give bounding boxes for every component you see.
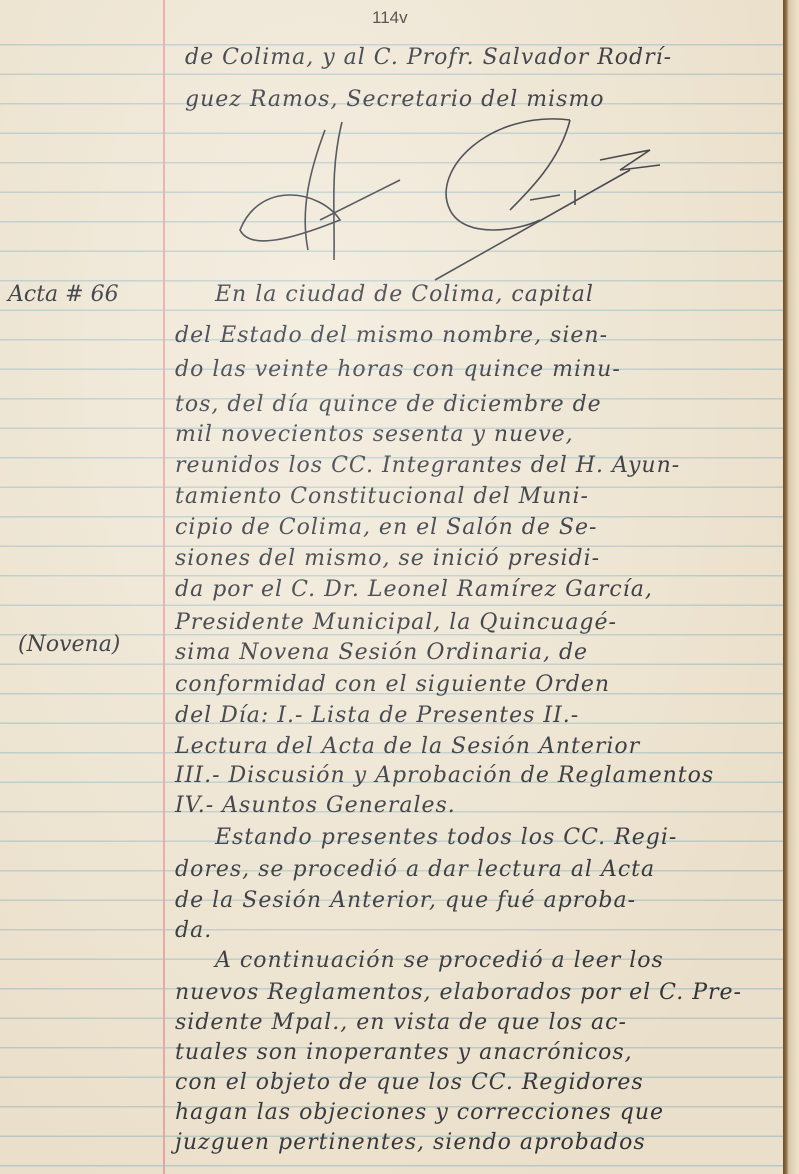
text-line: tos, del día quince de diciembre de [175,392,602,417]
margin-act-number: Acta # 66 [8,282,119,307]
text-line: dores, se procedió a dar lectura al Acta [175,857,655,882]
margin-session-note: (Novena) [18,632,120,657]
signature-right [435,119,660,280]
text-line: juzguen pertinentes, siendo aprobados [175,1130,646,1155]
text-line: da por el C. Dr. Leonel Ramírez García, [175,577,653,602]
text-line: del Día: I.- Lista de Presentes II.- [175,703,579,728]
text-line: da. [175,918,212,943]
text-line: III.- Discusión y Aprobación de Reglamen… [175,763,714,788]
text-line: tamiento Constitucional del Muni- [175,484,589,509]
text-line: siones del mismo, se inició presidi- [175,546,600,571]
text-line: de Colima, y al C. Profr. Salvador Rodrí… [185,45,672,70]
signature-left [240,122,400,260]
text-line: del Estado del mismo nombre, sien- [175,323,608,348]
text-line: cipio de Colima, en el Salón de Se- [175,515,597,540]
book-binding-edge [783,0,799,1174]
text-line: conformidad con el siguiente Orden [175,672,610,697]
signatures [230,110,730,290]
text-line: guez Ramos, Secretario del mismo [185,87,605,112]
text-line: A continuación se procedió a leer los [215,948,664,973]
text-line: de la Sesión Anterior, que fué aproba- [175,888,636,913]
text-line: tuales son inoperantes y anacrónicos, [175,1040,633,1065]
text-line: En la ciudad de Colima, capital [215,282,594,307]
text-line: sidente Mpal., en vista de que los ac- [175,1010,627,1035]
text-line: mil novecientos sesenta y nueve, [175,422,574,447]
text-line: con el objeto de que los CC. Regidores [175,1070,644,1095]
ledger-page: 114v de Colima, y al C. Profr. Salvador … [0,0,785,1174]
text-line: Presidente Municipal, la Quincuagé- [175,610,617,635]
text-line: Estando presentes todos los CC. Regi- [215,825,677,850]
text-line: IV.- Asuntos Generales. [175,793,456,818]
text-line: hagan las objeciones y correcciones que [175,1100,664,1125]
red-margin-line [163,0,165,1174]
folio-number: 114v [372,8,408,28]
text-line: reunidos los CC. Integrantes del H. Ayun… [175,453,680,478]
text-line: nuevos Reglamentos, elaborados por el C.… [175,980,742,1005]
text-line: sima Novena Sesión Ordinaria, de [175,640,588,665]
text-line: Lectura del Acta de la Sesión Anterior [175,734,640,759]
text-line: do las veinte horas con quince minu- [175,357,621,382]
